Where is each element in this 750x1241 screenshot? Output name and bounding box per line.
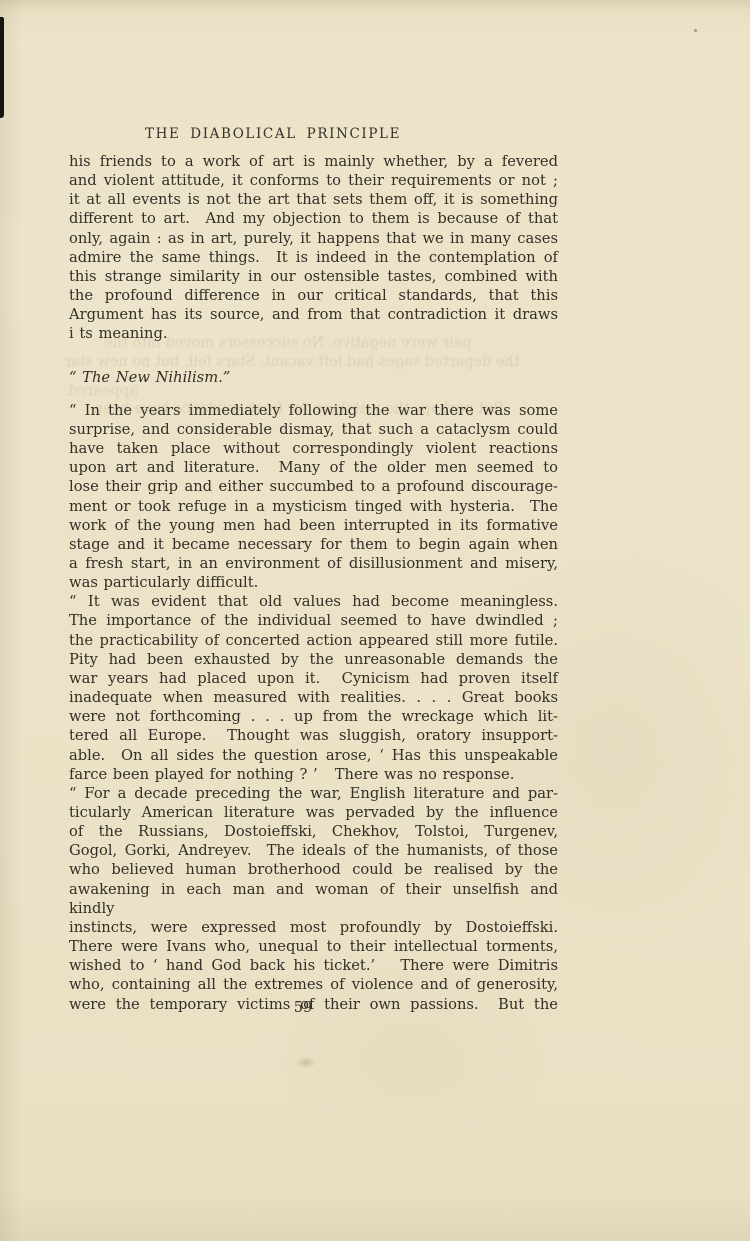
- paper-smudge: [296, 1057, 316, 1068]
- paragraph: “ In the years immediately following the…: [69, 401, 558, 593]
- text-line: who, containing all the extremes of viol…: [69, 975, 558, 994]
- text-line: this strange similarity in our ostensibl…: [69, 267, 558, 286]
- text-line: was particularly difficult.: [69, 573, 558, 592]
- text-line: a fresh start, in an environment of disi…: [69, 554, 558, 573]
- text-line: inadequate when measured with realities.…: [69, 688, 558, 707]
- section-heading: “ The New Nihilism.”: [69, 368, 558, 387]
- paragraph: “ For a decade preceding the war, Englis…: [69, 784, 558, 1014]
- paragraph: his friends to a work of art is mainly w…: [69, 152, 558, 344]
- text-line: different to art. And my objection to th…: [69, 209, 558, 228]
- text-line: i ts meaning.: [69, 324, 558, 343]
- text-line: it at all events is not the art that set…: [69, 190, 558, 209]
- text-line: lose their grip and either succumbed to …: [69, 477, 558, 496]
- text-line: stage and it became necessary for them t…: [69, 535, 558, 554]
- text-line: Argument has its source, and from that c…: [69, 305, 558, 324]
- text-line: “ In the years immediately following the…: [69, 401, 558, 420]
- text-line: “ It was evident that old values had bec…: [69, 592, 558, 611]
- text-line: have taken place without correspondingly…: [69, 439, 558, 458]
- text-line: farce been played for nothing ? ’ There …: [69, 765, 558, 784]
- paper-speck: [694, 29, 697, 32]
- text-line: tered all Europe. Thought was sluggish, …: [69, 726, 558, 745]
- text-line: ment or took refuge in a mysticism tinge…: [69, 497, 558, 516]
- text-line: able. On all sides the question arose, ‘…: [69, 746, 558, 765]
- text-line: “ For a decade preceding the war, Englis…: [69, 784, 558, 803]
- text-line: and violent attitude, it conforms to the…: [69, 171, 558, 190]
- scan-edge-artifact: [0, 17, 4, 118]
- text-line: the practicability of concerted action a…: [69, 631, 558, 650]
- text-line: Gogol, Gorki, Andreyev. The ideals of th…: [69, 841, 558, 860]
- text-line: of the Russians, Dostoieffski, Chekhov, …: [69, 822, 558, 841]
- text-line: surprise, and considerable dismay, that …: [69, 420, 558, 439]
- text-line: instincts, were expressed most profoundl…: [69, 918, 558, 937]
- text-line: who believed human brotherhood could be …: [69, 860, 558, 879]
- text-line: ticularly American literature was pervad…: [69, 803, 558, 822]
- text-line: only, again : as in art, purely, it happ…: [69, 229, 558, 248]
- paragraph: “ It was evident that old values had bec…: [69, 592, 558, 784]
- text-line: upon art and literature. Many of the old…: [69, 458, 558, 477]
- page-number: 59: [103, 1000, 503, 1016]
- running-header: THE DIABOLICAL PRINCIPLE: [73, 126, 473, 142]
- text-block: his friends to a work of art is mainly w…: [69, 152, 558, 1014]
- text-line: war years had placed upon it. Cynicism h…: [69, 669, 558, 688]
- text-line: The importance of the individual seemed …: [69, 611, 558, 630]
- text-line: awakening in each man and woman of their…: [69, 880, 558, 918]
- text-line: work of the young men had been interrupt…: [69, 516, 558, 535]
- text-line: admire the same things. It is indeed in …: [69, 248, 558, 267]
- text-line: Pity had been exhausted by the unreasona…: [69, 650, 558, 669]
- text-line: his friends to a work of art is mainly w…: [69, 152, 558, 171]
- book-page: pair were negative. No successors moved …: [0, 0, 750, 1241]
- text-line: the profound difference in our critical …: [69, 286, 558, 305]
- text-line: wished to ‘ hand God back his ticket.’ T…: [69, 956, 558, 975]
- text-line: There were Ivans who, unequal to their i…: [69, 937, 558, 956]
- text-line: were not forthcoming . . . up from the w…: [69, 707, 558, 726]
